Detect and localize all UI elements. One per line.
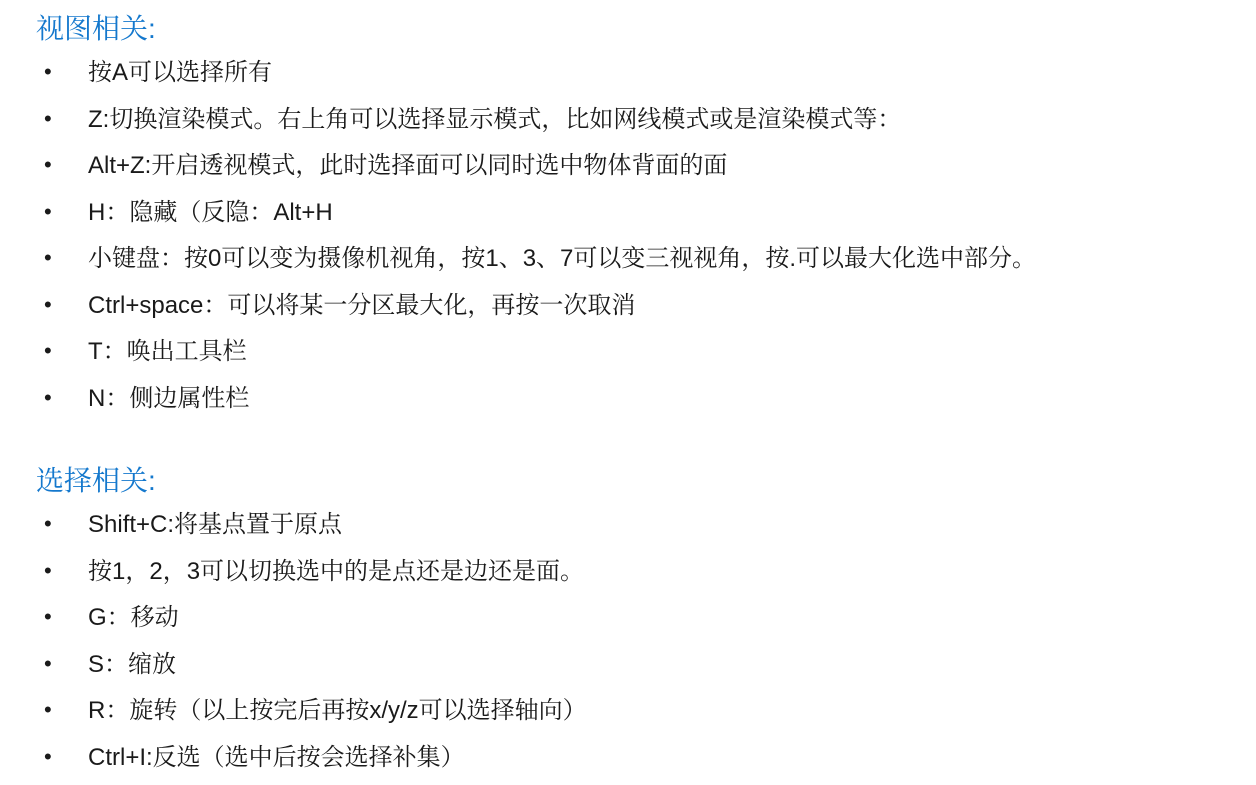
list-item-text: T：唤出工具栏 <box>88 338 247 365</box>
list-item-text: R：旋转（以上按完后再按x/y/z可以选择轴向） <box>88 697 587 724</box>
bullet-icon: • <box>44 594 52 641</box>
selection-shortcut-list: • Shift+C:将基点置于原点 • 按1，2，3可以切换选中的是点还是边还是… <box>36 500 1256 781</box>
bullet-icon: • <box>44 501 52 548</box>
list-item: • T：唤出工具栏 <box>36 329 1256 376</box>
section-view: 视图相关: • 按A可以选择所有 • Z:切换渲染模式。右上角可以选择显示模式，… <box>36 10 1256 422</box>
list-item-text: Ctrl+I:反选（选中后按会选择补集） <box>88 744 465 771</box>
list-item-text: Shift+C:将基点置于原点 <box>88 511 342 538</box>
section-title: 视图相关: <box>36 10 1256 48</box>
list-item: • G：移动 <box>36 595 1256 642</box>
bullet-icon: • <box>44 282 52 329</box>
list-item: • N：侧边属性栏 <box>36 376 1256 423</box>
list-item: • 按A可以选择所有 <box>36 50 1256 97</box>
bullet-icon: • <box>44 328 52 375</box>
list-item: • Z:切换渲染模式。右上角可以选择显示模式，比如网线模式或是渲染模式等： <box>36 97 1256 144</box>
bullet-icon: • <box>44 235 52 282</box>
list-item-text: Z:切换渲染模式。右上角可以选择显示模式，比如网线模式或是渲染模式等： <box>88 106 901 133</box>
list-item-text: N：侧边属性栏 <box>88 385 249 412</box>
bullet-icon: • <box>44 641 52 688</box>
list-item-text: S：缩放 <box>88 651 176 678</box>
list-item-text: Alt+Z:开启透视模式，此时选择面可以同时选中物体背面的面 <box>88 152 727 179</box>
list-item: • Shift+C:将基点置于原点 <box>36 502 1256 549</box>
list-item: • 按1，2，3可以切换选中的是点还是边还是面。 <box>36 549 1256 596</box>
list-item: • 小键盘：按0可以变为摄像机视角，按1、3、7可以变三视视角，按.可以最大化选… <box>36 236 1256 283</box>
bullet-icon: • <box>44 142 52 189</box>
bullet-icon: • <box>44 687 52 734</box>
list-item: • R：旋转（以上按完后再按x/y/z可以选择轴向） <box>36 688 1256 735</box>
bullet-icon: • <box>44 734 52 781</box>
view-shortcut-list: • 按A可以选择所有 • Z:切换渲染模式。右上角可以选择显示模式，比如网线模式… <box>36 48 1256 422</box>
list-item-text: 按1，2，3可以切换选中的是点还是边还是面。 <box>88 558 584 585</box>
list-item: • H：隐藏（反隐：Alt+H <box>36 190 1256 237</box>
list-item-text: H：隐藏（反隐：Alt+H <box>88 199 333 226</box>
bullet-icon: • <box>44 189 52 236</box>
list-item-text: 按A可以选择所有 <box>88 59 272 86</box>
list-item-text: 小键盘：按0可以变为摄像机视角，按1、3、7可以变三视视角，按.可以最大化选中部… <box>88 245 1036 272</box>
notes-page: 视图相关: • 按A可以选择所有 • Z:切换渲染模式。右上角可以选择显示模式，… <box>0 0 1256 781</box>
bullet-icon: • <box>44 49 52 96</box>
list-item: • Ctrl+I:反选（选中后按会选择补集） <box>36 735 1256 782</box>
bullet-icon: • <box>44 548 52 595</box>
list-item: • Ctrl+space：可以将某一分区最大化，再按一次取消 <box>36 283 1256 330</box>
bullet-icon: • <box>44 96 52 143</box>
list-item: • S：缩放 <box>36 642 1256 689</box>
section-selection: 选择相关: • Shift+C:将基点置于原点 • 按1，2，3可以切换选中的是… <box>36 462 1256 781</box>
bullet-icon: • <box>44 375 52 422</box>
list-item: • Alt+Z:开启透视模式，此时选择面可以同时选中物体背面的面 <box>36 143 1256 190</box>
list-item-text: G：移动 <box>88 604 179 631</box>
list-item-text: Ctrl+space：可以将某一分区最大化，再按一次取消 <box>88 292 635 319</box>
section-title: 选择相关: <box>36 462 1256 500</box>
